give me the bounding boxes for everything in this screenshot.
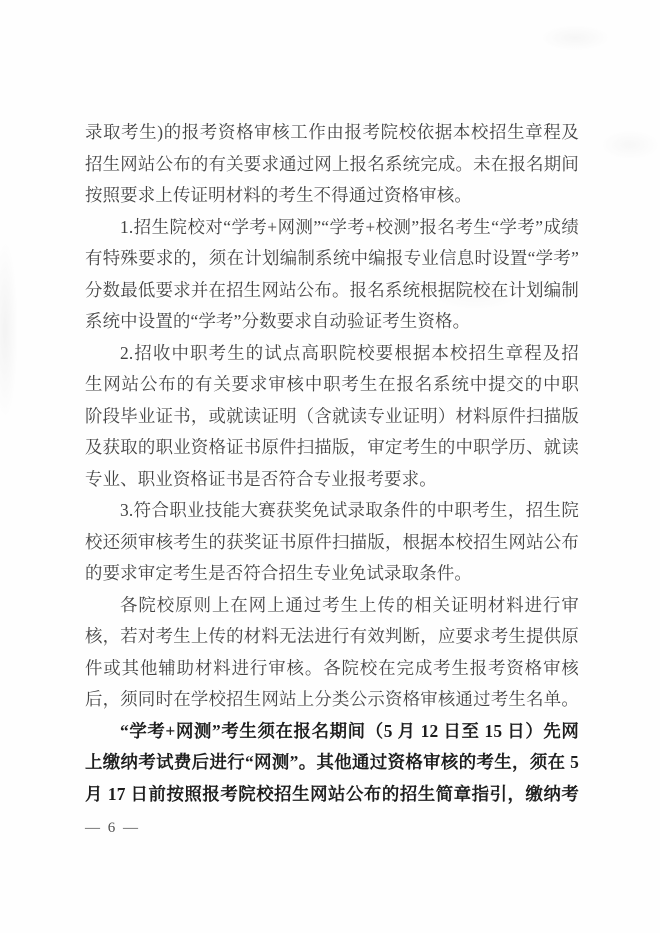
text-line: 按照要求上传证明材料的考生不得通过资格审核。 — [85, 180, 579, 212]
text-line: 招生网站公布的有关要求通过网上报名系统完成。未在报名期间 — [85, 149, 579, 181]
document-page: 录取考生)的报考资格审核工作由报考院校依据本校招生章程及招生网站公布的有关要求通… — [0, 0, 660, 933]
text-line: 上缴纳考试费后进行“网测”。其他通过资格审核的考生，须在 5 — [85, 747, 579, 779]
text-line: 的要求审定考生是否符合招生专业免试录取条件。 — [85, 558, 579, 590]
text-line: 2.招收中职考生的试点高职院校要根据本校招生章程及招 — [85, 338, 579, 370]
text-line: 有特殊要求的，须在计划编制系统中编报专业信息时设置“学考” — [85, 243, 579, 275]
text-line: 专业、职业资格证书是否符合专业报考要求。 — [85, 464, 579, 496]
scan-smudge — [600, 130, 660, 160]
paragraph: 3.符合职业技能大赛获奖免试录取条件的中职考生，招生院校还须审核考生的获奖证书原… — [85, 495, 579, 590]
text-line: 分数最低要求并在招生网站公布。报名系统根据院校在计划编制 — [85, 275, 579, 307]
paragraph: “学考+网测”考生须在报名期间（5 月 12 日至 15 日）先网上缴纳考试费后… — [85, 716, 579, 811]
paragraph: 录取考生)的报考资格审核工作由报考院校依据本校招生章程及招生网站公布的有关要求通… — [85, 117, 579, 212]
paragraph: 各院校原则上在网上通过考生上传的相关证明材料进行审核，若对考生上传的材料无法进行… — [85, 590, 579, 716]
text-line: 3.符合职业技能大赛获奖免试录取条件的中职考生，招生院 — [85, 495, 579, 527]
text-line: 1.招生院校对“学考+网测”“学考+校测”报名考生“学考”成绩 — [85, 212, 579, 244]
page-footer: — 6 — — [85, 820, 140, 837]
text-line: 月 17 日前按照报考院校招生网站公布的招生简章指引，缴纳考 — [85, 779, 579, 811]
paragraph: 2.招收中职考生的试点高职院校要根据本校招生章程及招生网站公布的有关要求审核中职… — [85, 338, 579, 496]
scan-smudge — [540, 25, 610, 51]
text-line: 阶段毕业证书，或就读证明（含就读专业证明）材料原件扫描版 — [85, 401, 579, 433]
text-line: 校还须审核考生的获奖证书原件扫描版，根据本校招生网站公布 — [85, 527, 579, 559]
scan-smudge — [0, 240, 18, 420]
text-line: 各院校原则上在网上通过考生上传的相关证明材料进行审 — [85, 590, 579, 622]
text-line: 生网站公布的有关要求审核中职考生在报名系统中提交的中职 — [85, 369, 579, 401]
text-line: 录取考生)的报考资格审核工作由报考院校依据本校招生章程及 — [85, 117, 579, 149]
document-text: 录取考生)的报考资格审核工作由报考院校依据本校招生章程及招生网站公布的有关要求通… — [85, 117, 579, 810]
text-line: 核，若对考生上传的材料无法进行有效判断，应要求考生提供原 — [85, 621, 579, 653]
paragraph: 1.招生院校对“学考+网测”“学考+校测”报名考生“学考”成绩有特殊要求的，须在… — [85, 212, 579, 338]
text-line: 及获取的职业资格证书原件扫描版，审定考生的中职学历、就读 — [85, 432, 579, 464]
text-line: 件或其他辅助材料进行审核。各院校在完成考生报考资格审核 — [85, 653, 579, 685]
page-number: — 6 — — [85, 820, 140, 836]
text-line: 后，须同时在学校招生网站上分类公示资格审核通过考生名单。 — [85, 684, 579, 716]
text-line: 系统中设置的“学考”分数要求自动验证考生资格。 — [85, 306, 579, 338]
text-line: “学考+网测”考生须在报名期间（5 月 12 日至 15 日）先网 — [85, 716, 579, 748]
